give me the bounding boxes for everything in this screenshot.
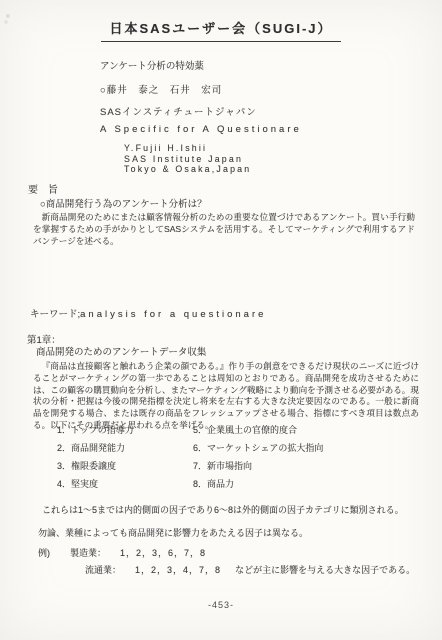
chapter-body: 『商品は直接顧客と触れあう企業の顔である。』作り手の創意をできるだけ現状のニーズ… <box>33 361 419 432</box>
paper-subtitle-jp: アンケート分析の特効薬 <box>100 58 204 72</box>
factor-item: 1．トップの指導力 <box>57 426 193 436</box>
example-row: 製造業： 1，2，3，6，7，8 <box>70 546 206 559</box>
keywords-label: キーワード; <box>30 309 80 320</box>
journal-title-row: 日本SASユーザー会（SUGI-J） <box>0 18 442 42</box>
authors-jp: ○藤井 泰之 石井 宏司 <box>100 82 222 96</box>
factor-item: 2．商品開発能力 <box>57 444 193 454</box>
industry-note: 勿論、業種によっても商品開発に影響力をあたえる因子は異なる。 <box>38 526 308 539</box>
journal-title: 日本SASユーザー会（SUGI-J） <box>101 18 340 42</box>
abstract-heading: 要 旨 <box>28 181 58 196</box>
document-page: 日本SASユーザー会（SUGI-J） アンケート分析の特効薬 ○藤井 泰之 石井… <box>0 0 442 640</box>
factor-item: 7．新市場指向 <box>193 462 323 472</box>
abstract-body: 新商品開発のためにまたは顧客情報分析のための重要な位置づけであるアンケート。買い… <box>33 212 415 247</box>
example-label: 例) <box>38 546 50 559</box>
affiliation-en: SAS Institute Japan <box>124 154 243 164</box>
factor-item: 5．企業風土の官僚的度合 <box>193 426 323 436</box>
factor-item: 6．マーケットシェアの拡大指向 <box>193 444 323 454</box>
keywords-value: analysis for a questionare <box>80 309 266 320</box>
abstract-question: ○商品開発行う為のアンケート分析は？ <box>40 196 207 210</box>
example-note: などが主に影響を与える大きな因子である。 <box>235 563 415 576</box>
classification-note: これらは1～5までは内的側面の因子であり6～8は外的側面の因子カテゴリに類別され… <box>42 503 404 516</box>
keywords-line: キーワード;analysis for a questionare <box>30 306 266 320</box>
example-industry: 製造業： <box>70 546 106 559</box>
factor-item: 8．商品力 <box>193 480 323 490</box>
example-industry: 流通業： <box>85 563 121 576</box>
page-number: -453- <box>0 600 442 610</box>
example-factors: 1，2，3，6，7，8 <box>120 546 206 559</box>
paper-title-en: A Specific for A Questionare <box>100 124 302 135</box>
affiliation-jp: SASインスティチュートジャパン <box>100 104 257 118</box>
factor-item: 3．権限委譲度 <box>57 462 193 472</box>
example-factors: 1，2，3，4，7，8 <box>135 563 221 576</box>
factor-item: 4．堅実度 <box>57 480 193 490</box>
factor-list: 1．トップの指導力 5．企業風土の官僚的度合 2．商品開発能力 6．マーケットシ… <box>57 426 323 490</box>
authors-en: Y.Fujii H.Ishii <box>124 143 207 153</box>
location-en: Tokyo & Osaka,Japan <box>124 164 251 174</box>
example-row: 流通業： 1，2，3，4，7，8 などが主に影響を与える大きな因子である。 <box>85 563 415 576</box>
chapter-title: 商品開発のためのアンケートデータ収集 <box>36 344 206 358</box>
